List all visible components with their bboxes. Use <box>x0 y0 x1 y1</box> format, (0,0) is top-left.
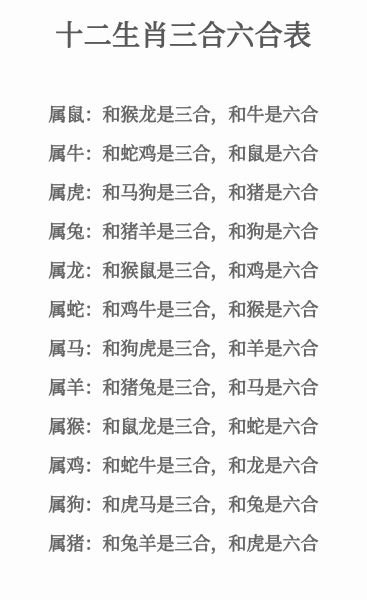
zodiac-harmony-page: 十二生肖三合六合表 属鼠：和猴龙是三合，和牛是六合 属牛：和蛇鸡是三合，和鼠是六… <box>0 0 367 600</box>
zodiac-row-detail: 和猪羊是三合，和狗是六合 <box>103 222 319 242</box>
zodiac-row-detail: 和虎马是三合，和兔是六合 <box>103 495 319 515</box>
zodiac-row-ox: 属牛：和蛇鸡是三合，和鼠是六合 <box>49 135 319 174</box>
zodiac-row-rooster: 属鸡：和蛇牛是三合，和龙是六合 <box>49 447 319 486</box>
zodiac-row-tiger: 属虎：和马狗是三合，和猪是六合 <box>49 174 319 213</box>
zodiac-row-detail: 和兔羊是三合，和虎是六合 <box>103 534 319 554</box>
zodiac-row-monkey: 属猴：和鼠龙是三合，和蛇是六合 <box>49 408 319 447</box>
page-title: 十二生肖三合六合表 <box>55 19 312 53</box>
zodiac-row-pig: 属猪：和兔羊是三合，和虎是六合 <box>49 525 319 564</box>
zodiac-row-detail: 和狗虎是三合，和羊是六合 <box>103 339 319 359</box>
zodiac-row-detail: 和猴鼠是三合，和鸡是六合 <box>103 261 319 281</box>
zodiac-row-horse: 属马：和狗虎是三合，和羊是六合 <box>49 330 319 369</box>
zodiac-row-detail: 和蛇鸡是三合，和鼠是六合 <box>103 144 319 164</box>
zodiac-row-detail: 和猪兔是三合，和马是六合 <box>103 378 319 398</box>
zodiac-rows-list: 属鼠：和猴龙是三合，和牛是六合 属牛：和蛇鸡是三合，和鼠是六合 属虎：和马狗是三… <box>49 96 319 564</box>
zodiac-row-label: 属羊： <box>49 378 103 398</box>
zodiac-row-label: 属鼠： <box>49 105 103 125</box>
zodiac-row-rabbit: 属兔：和猪羊是三合，和狗是六合 <box>49 213 319 252</box>
zodiac-row-detail: 和马狗是三合，和猪是六合 <box>103 183 319 203</box>
zodiac-row-label: 属虎： <box>49 183 103 203</box>
zodiac-row-label: 属牛： <box>49 144 103 164</box>
zodiac-row-dog: 属狗：和虎马是三合，和兔是六合 <box>49 486 319 525</box>
zodiac-row-label: 属鸡： <box>49 456 103 476</box>
zodiac-row-label: 属兔： <box>49 222 103 242</box>
zodiac-row-label: 属猴： <box>49 417 103 437</box>
zodiac-row-label: 属龙： <box>49 261 103 281</box>
zodiac-row-label: 属狗： <box>49 495 103 515</box>
zodiac-row-label: 属马： <box>49 339 103 359</box>
zodiac-row-detail: 和鸡牛是三合，和猴是六合 <box>103 300 319 320</box>
zodiac-row-label: 属蛇： <box>49 300 103 320</box>
zodiac-row-rat: 属鼠：和猴龙是三合，和牛是六合 <box>49 96 319 135</box>
zodiac-row-detail: 和鼠龙是三合，和蛇是六合 <box>103 417 319 437</box>
zodiac-row-label: 属猪： <box>49 534 103 554</box>
zodiac-row-detail: 和猴龙是三合，和牛是六合 <box>103 105 319 125</box>
zodiac-row-dragon: 属龙：和猴鼠是三合，和鸡是六合 <box>49 252 319 291</box>
zodiac-row-snake: 属蛇：和鸡牛是三合，和猴是六合 <box>49 291 319 330</box>
zodiac-row-detail: 和蛇牛是三合，和龙是六合 <box>103 456 319 476</box>
zodiac-row-goat: 属羊：和猪兔是三合，和马是六合 <box>49 369 319 408</box>
